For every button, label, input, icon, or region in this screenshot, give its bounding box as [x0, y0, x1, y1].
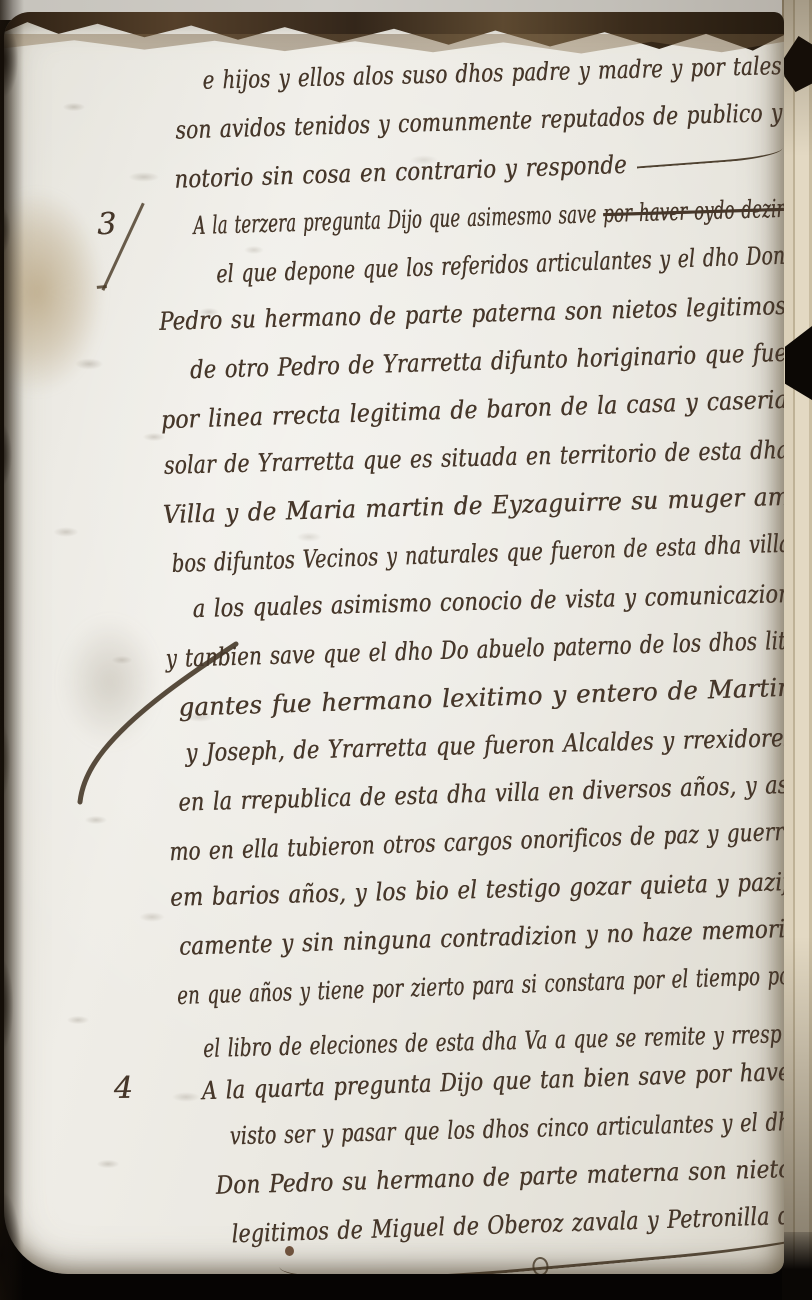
manuscript-section: e hijos y ellos alos suso dhos padre y m… — [154, 44, 784, 200]
line-text: Don Pedro su hermano de parte materna so… — [215, 1154, 784, 1200]
margin-slash-mark — [102, 203, 145, 291]
margin-number: 3 — [97, 206, 138, 277]
line-text: el que depone que los referidos articula… — [216, 241, 784, 289]
manuscript-page: e hijos y ellos alos suso dhos padre y m… — [4, 12, 784, 1274]
manuscript-section: 4A la quarta pregunta Dijo que tan bien … — [173, 1052, 784, 1256]
line-text: A la quarta pregunta Dijo que tan bien s… — [201, 1057, 784, 1106]
line-text: en la rrepublica de esta dha villa en di… — [178, 770, 784, 817]
line-text: gantes fue hermano lexitimo y entero de … — [178, 673, 784, 722]
line-text: visto ser y pasar que los dhos cinco art… — [229, 1107, 784, 1150]
struck-text: por haver oydo dezir — [603, 194, 784, 228]
line-text: bos difuntos Vecinos y naturales que fue… — [171, 529, 784, 578]
line-text: e hijos y ellos alos suso dhos padre y m… — [202, 51, 782, 95]
line-text: de otro Pedro de Yrarretta difunto horig… — [190, 338, 784, 384]
text-block: e hijos y ellos alos suso dhos padre y m… — [154, 44, 784, 1256]
line-text: son avidos tenidos y comunmente reputado… — [175, 98, 783, 145]
line-text: notorio sin cosa en contrario y responde — [174, 150, 627, 194]
page-edge-notch — [782, 1232, 812, 1300]
line-text: Pedro su hermano de parte paterna son ni… — [159, 291, 784, 336]
paper-stain — [4, 190, 104, 394]
book-page-edges — [782, 0, 812, 1300]
line-text: y Joseph, de Yrarretta que fueron Alcald… — [185, 723, 784, 767]
line-text: a los quales asimismo conocio de vista y… — [192, 579, 784, 623]
manuscript-scan: e hijos y ellos alos suso dhos padre y m… — [0, 0, 812, 1300]
line-text: solar de Yrarretta que es situada en ter… — [163, 435, 784, 480]
line-text: em barios años, y los bio el testigo goz… — [170, 867, 784, 912]
line-text: camente y sin ninguna contradizion y no … — [179, 914, 784, 961]
margin-number: 4 — [113, 1070, 154, 1141]
manuscript-section: 3A la terzera pregunta Dijo que asimesmo… — [157, 188, 784, 1064]
line-text: A la terzera pregunta Dijo que asimesmo … — [193, 199, 597, 240]
ink-dash — [636, 134, 783, 169]
